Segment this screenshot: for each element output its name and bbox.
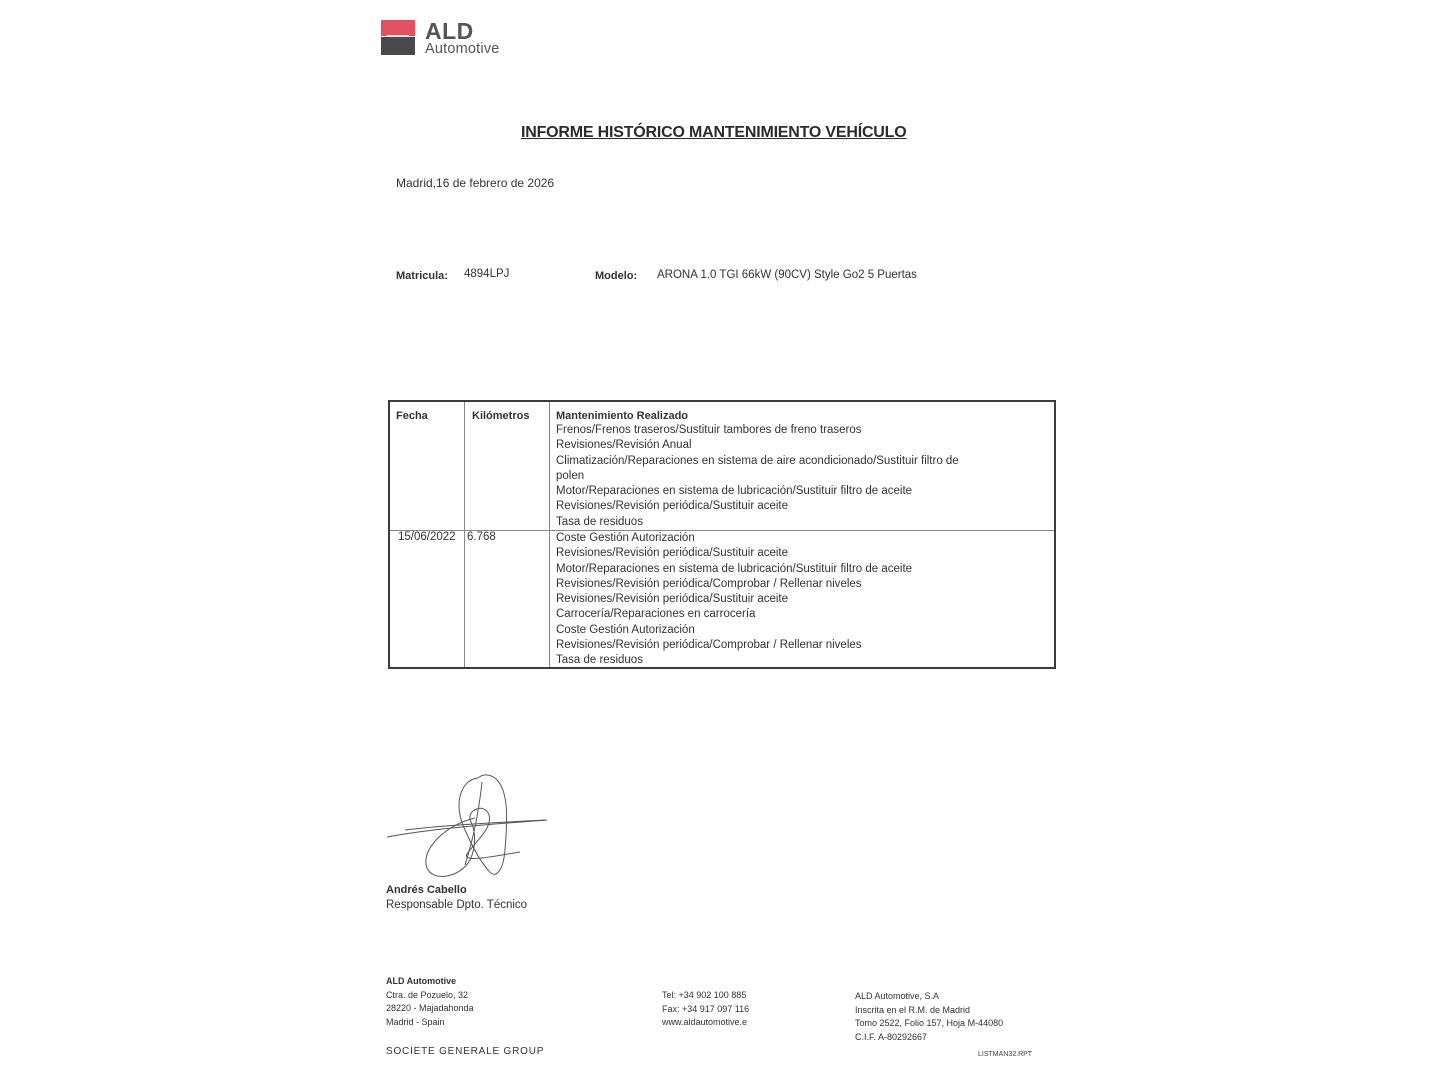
maintenance-item: polen — [556, 469, 959, 484]
model-label: Modelo: — [595, 270, 637, 282]
registry-tomo: Tomo 2522, Folio 157, Hoja M-44080 — [855, 1017, 1003, 1031]
maintenance-item: Revisiones/Revisión periódica/Sustituir … — [556, 546, 912, 561]
maintenance-item: Motor/Reparaciones en sistema de lubrica… — [556, 484, 959, 499]
header-kilometros: Kilómetros — [472, 410, 529, 422]
logo-mark-icon — [381, 20, 415, 55]
registry-company: ALD Automotive, S.A — [855, 990, 1003, 1004]
header-fecha: Fecha — [396, 410, 428, 422]
maintenance-item: Revisiones/Revisión periódica/Comprobar … — [556, 577, 912, 592]
maintenance-item: Coste Gestión Autorización — [556, 623, 912, 638]
footer-registry: ALD Automotive, S.A Inscrita en el R.M. … — [855, 990, 1003, 1044]
footer-contact: Tel: +34 902 100 885 Fax: +34 917 097 11… — [662, 989, 749, 1030]
maintenance-item: Revisiones/Revisión periódica/Sustituir … — [556, 592, 912, 607]
maintenance-table: Fecha Kilómetros Mantenimiento Realizado… — [388, 400, 1056, 669]
document-page: ALD Automotive INFORME HISTÓRICO MANTENI… — [0, 0, 1440, 1080]
footer-fax: Fax: +34 917 097 116 — [662, 1003, 749, 1017]
maintenance-item: Revisiones/Revisión Anual — [556, 438, 959, 453]
column-divider — [549, 402, 550, 667]
footer-region: Madrid - Spain — [386, 1016, 474, 1030]
registry-registered: Inscrita en el R.M. de Madrid — [855, 1004, 1003, 1018]
maintenance-item: Frenos/Frenos traseros/Sustituir tambore… — [556, 423, 959, 438]
row-2-date: 15/06/2022 — [398, 531, 456, 543]
plate-label: Matricula: — [396, 270, 448, 282]
signer-name: Andrés Cabello — [386, 884, 467, 896]
table-row-2-items: Coste Gestión Autorización Revisiones/Re… — [556, 531, 912, 669]
place-date: Madrid,16 de febrero de 2026 — [396, 176, 554, 190]
plate-value: 4894LPJ — [464, 268, 509, 280]
model-value: ARONA 1.0 TGI 66kW (90CV) Style Go2 5 Pu… — [657, 269, 917, 281]
logo-text-automotive: Automotive — [425, 41, 500, 57]
maintenance-item: Tasa de residuos — [556, 515, 959, 530]
document-title: INFORME HISTÓRICO MANTENIMIENTO VEHÍCULO — [521, 124, 907, 142]
footer-company: ALD Automotive — [386, 975, 474, 989]
registry-cif: C.I.F. A-80292667 — [855, 1031, 1003, 1045]
header-mantenimiento: Mantenimiento Realizado — [556, 410, 688, 422]
footer-city: 28220 - Majadahonda — [386, 1002, 474, 1016]
maintenance-item: Revisiones/Revisión periódica/Sustituir … — [556, 499, 959, 514]
table-row-1-items: Frenos/Frenos traseros/Sustituir tambore… — [556, 423, 959, 530]
signer-role: Responsable Dpto. Técnico — [386, 899, 527, 911]
row-2-km: 6.768 — [467, 531, 496, 543]
maintenance-item: Coste Gestión Autorización — [556, 531, 912, 546]
maintenance-item: Tasa de residuos — [556, 653, 912, 668]
signature-icon — [385, 770, 555, 880]
footer-address: ALD Automotive Ctra. de Pozuelo, 32 2822… — [386, 975, 474, 1029]
footer-tel: Tel: +34 902 100 885 — [662, 989, 749, 1003]
report-code: LISTMAN32.RPT — [978, 1051, 1032, 1058]
column-divider — [464, 402, 465, 667]
footer-web-link[interactable]: www.aldautomotive.e — [662, 1016, 749, 1030]
footer-street: Ctra. de Pozuelo, 32 — [386, 989, 474, 1003]
ald-automotive-logo: ALD Automotive — [381, 20, 521, 60]
maintenance-item: Motor/Reparaciones en sistema de lubrica… — [556, 562, 912, 577]
maintenance-item: Climatización/Reparaciones en sistema de… — [556, 454, 959, 469]
maintenance-item: Revisiones/Revisión periódica/Comprobar … — [556, 638, 912, 653]
group-label: SOCIETE GENERALE GROUP — [386, 1046, 544, 1057]
maintenance-item: Carrocería/Reparaciones en carrocería — [556, 607, 912, 622]
